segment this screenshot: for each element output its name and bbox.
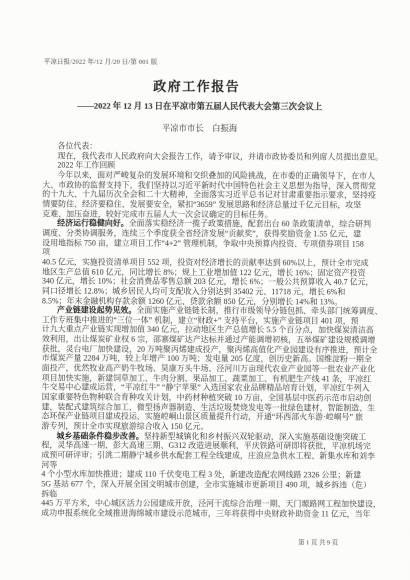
document-page: 平凉日报/2022 年/12 月/20 日/第 001 版 政府工作报告 ——2… <box>0 0 410 580</box>
report-subtitle: ——2022 年 12 月 13 日在平凉市第五届人民代表大会第三次会议上 <box>1 99 399 112</box>
report-body: 各位代表：现在，我代表市人民政府向大会报告工作，请予审议，并请市政协委员和列席人… <box>41 141 372 519</box>
paragraph-lead: 城乡基础条件稳步改善。 <box>56 431 143 440</box>
report-line: 成功申报系统化全域推进海绵城市建设示范城市，三年将获得中央财政补助资金 11 亿… <box>41 508 371 519</box>
report-line: 调度、分类协调服务，连续三个季度获全省经济发展“贡献奖”，获得奖励资金 1.55… <box>42 228 372 239</box>
report-line: 成预可研评审；引洮二期静宁城乡供水配套工程全线建成，庄浪应急供水工程、新集水库和… <box>41 450 371 461</box>
report-line: 同口径增长 12.8%；城乡居民人均可支配收入分别达到 35402 元、1171… <box>42 286 372 297</box>
newspaper-masthead: 平凉日报/2022 年/12 月/20 日/第 001 版 <box>44 56 158 65</box>
report-line: 5G 基站 677 个，深入开展全国文明城市创建，全市实施城市更新项目 490 … <box>41 479 371 490</box>
report-line: 情要防住、经济要稳住、发展要安全，紧扣“3659” 发展思路和经济总量过千亿元目… <box>42 199 372 210</box>
paragraph-lead: 经济运行稳健向好。 <box>57 219 128 228</box>
report-line: 今年以来，面对严峻复杂的发展环境和交织叠加的风险挑战，在市委的正确领导下，在市人 <box>42 170 372 181</box>
page-number-footer: 第 1 页 共 9 页 <box>298 537 338 546</box>
paragraph-lead: 产业链建设起势见效。 <box>57 306 136 315</box>
report-line: 设用地指标 750 亩，建立项目工作“4+2” 管理机制，争取中央预算内投资、专… <box>42 238 372 249</box>
report-line: 40.5 亿元，实施投资清单项目 552 项，投资对经济增长的贡献率达到 60%… <box>42 257 372 268</box>
report-title: 政府工作报告 <box>1 75 393 95</box>
report-byline: 平凉市市长 白振海 <box>1 121 399 134</box>
